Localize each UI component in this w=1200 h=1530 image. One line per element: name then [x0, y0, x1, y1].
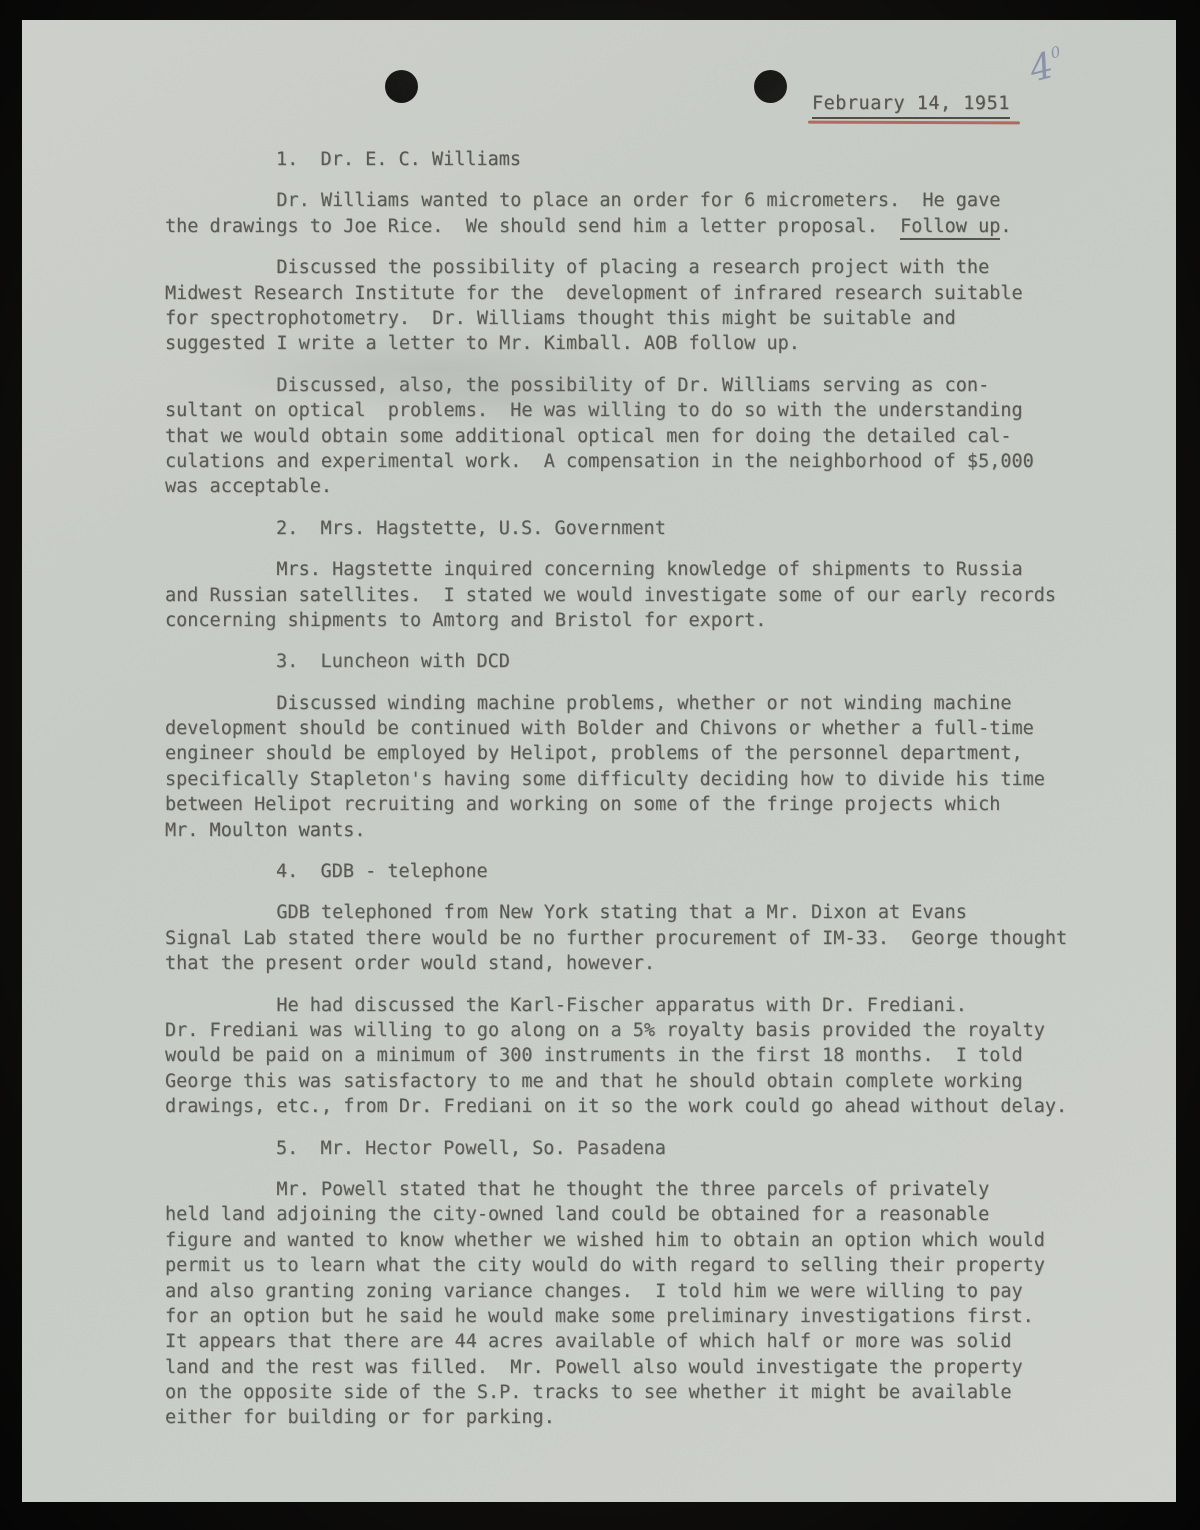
- doc-line: Discussed, also, the possibility of Dr. …: [165, 373, 1067, 398]
- paragraph: GDB telephoned from New York stating tha…: [165, 900, 1067, 976]
- doc-line: Discussed winding machine problems, whet…: [165, 691, 1067, 716]
- doc-line: He had discussed the Karl-Fischer appara…: [165, 993, 1067, 1018]
- doc-line: Midwest Research Institute for the devel…: [165, 281, 1067, 306]
- doc-line: permit us to learn what the city would d…: [165, 1253, 1067, 1278]
- section-heading: 5. Mr. Hector Powell, So. Pasadena: [276, 1136, 1067, 1161]
- section-heading: 3. Luncheon with DCD: [276, 649, 1067, 674]
- paper-sheet: 40 February 14, 1951 1. Dr. E. C. Willia…: [22, 20, 1176, 1502]
- punch-hole-left: [385, 70, 418, 103]
- doc-line: and also granting zoning variance change…: [165, 1279, 1067, 1304]
- date-block: February 14, 1951: [812, 93, 1020, 124]
- document-body: 1. Dr. E. C. Williams Dr. Williams wante…: [165, 147, 1067, 1447]
- doc-line: land and the rest was filled. Mr. Powell…: [165, 1355, 1067, 1380]
- doc-line: It appears that there are 44 acres avail…: [165, 1329, 1067, 1354]
- underlined-text: Follow up: [900, 216, 1000, 240]
- doc-line: and Russian satellites. I stated we woul…: [165, 583, 1067, 608]
- section-heading: 4. GDB - telephone: [276, 859, 1067, 884]
- date-red-underline: [808, 121, 1020, 125]
- doc-line: sultant on optical problems. He was will…: [165, 398, 1067, 423]
- paragraph: He had discussed the Karl-Fischer appara…: [165, 993, 1067, 1120]
- doc-line: specifically Stapleton's having some dif…: [165, 767, 1067, 792]
- doc-line: Discussed the possibility of placing a r…: [165, 255, 1067, 280]
- paragraph: Discussed winding machine problems, whet…: [165, 691, 1067, 843]
- doc-line: Dr. Williams wanted to place an order fo…: [165, 188, 1067, 213]
- doc-line: was acceptable.: [165, 474, 1067, 499]
- doc-line: development should be continued with Bol…: [165, 716, 1067, 741]
- doc-line: that we would obtain some additional opt…: [165, 424, 1067, 449]
- doc-line: on the opposite side of the S.P. tracks …: [165, 1380, 1067, 1405]
- doc-line: GDB telephoned from New York stating tha…: [165, 900, 1067, 925]
- scanned-memo-page: { "document": { "annotation": "40", "dat…: [0, 0, 1200, 1530]
- doc-line: suggested I write a letter to Mr. Kimbal…: [165, 331, 1067, 356]
- paragraph: Mr. Powell stated that he thought the th…: [165, 1177, 1067, 1431]
- doc-line: Dr. Frediani was willing to go along on …: [165, 1018, 1067, 1043]
- paragraph: Mrs. Hagstette inquired concerning knowl…: [165, 557, 1067, 633]
- handwritten-annotation: 40: [1026, 43, 1068, 91]
- doc-line: concerning shipments to Amtorg and Brist…: [165, 608, 1067, 633]
- date-text: February 14, 1951: [812, 93, 1010, 119]
- punch-hole-right: [754, 70, 787, 103]
- doc-line: would be paid on a minimum of 300 instru…: [165, 1043, 1067, 1068]
- doc-line: culations and experimental work. A compe…: [165, 449, 1067, 474]
- doc-line: held land adjoining the city-owned land …: [165, 1202, 1067, 1227]
- paragraph: Discussed, also, the possibility of Dr. …: [165, 373, 1067, 500]
- doc-line: engineer should be employed by Helipot, …: [165, 741, 1067, 766]
- doc-line: Mr. Powell stated that he thought the th…: [165, 1177, 1067, 1202]
- doc-line: Mr. Moulton wants.: [165, 818, 1067, 843]
- section-heading: 2. Mrs. Hagstette, U.S. Government: [276, 516, 1067, 541]
- doc-line: between Helipot recruiting and working o…: [165, 792, 1067, 817]
- doc-line: Mrs. Hagstette inquired concerning knowl…: [165, 557, 1067, 582]
- doc-line: figure and wanted to know whether we wis…: [165, 1228, 1067, 1253]
- section-heading: 1. Dr. E. C. Williams: [276, 147, 1067, 172]
- doc-line: for spectrophotometry. Dr. Williams thou…: [165, 306, 1067, 331]
- doc-line: for an option but he said he would make …: [165, 1304, 1067, 1329]
- doc-line: drawings, etc., from Dr. Frediani on it …: [165, 1094, 1067, 1119]
- doc-line: that the present order would stand, howe…: [165, 951, 1067, 976]
- paragraph: Discussed the possibility of placing a r…: [165, 255, 1067, 357]
- paragraph: Dr. Williams wanted to place an order fo…: [165, 188, 1067, 239]
- doc-line: either for building or for parking.: [165, 1405, 1067, 1430]
- doc-line: George this was satisfactory to me and t…: [165, 1069, 1067, 1094]
- doc-line: Signal Lab stated there would be no furt…: [165, 926, 1067, 951]
- doc-line: the drawings to Joe Rice. We should send…: [165, 214, 1067, 239]
